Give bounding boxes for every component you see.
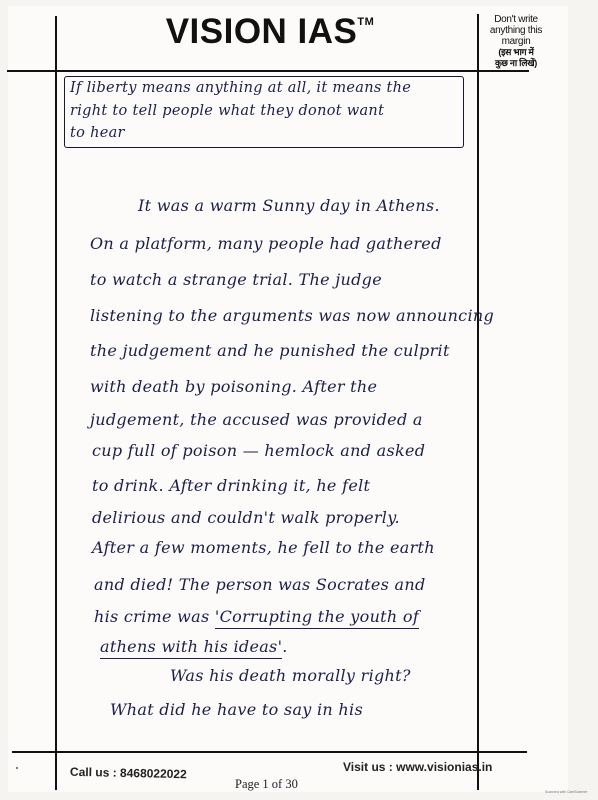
essay-line: cup full of poison — hemlock and asked <box>92 441 425 460</box>
essay-line: listening to the arguments was now annou… <box>90 306 494 325</box>
essay-line-crime: his crime was 'Corrupting the youth of <box>94 607 419 626</box>
margin-note-line: Don't write <box>480 14 552 25</box>
brand-name: VISION IAS <box>166 12 358 51</box>
underlined-phrase: athens with his ideas' <box>100 637 282 659</box>
crime-prefix: his crime was <box>94 607 215 626</box>
quote-line: right to tell people what they donot wan… <box>70 103 384 119</box>
question-line: Was his death morally right? <box>170 666 411 685</box>
margin-note-hindi: (इस भाग में <box>480 47 552 58</box>
essay-line: with death by poisoning. After the <box>90 377 377 396</box>
essay-line: the judgement and he punished the culpri… <box>90 341 450 360</box>
quote-line: to hear <box>70 125 125 141</box>
essay-line: to watch a strange trial. The judge <box>90 270 382 289</box>
essay-line: judgement, the accused was provided a <box>90 410 423 429</box>
essay-line-crime-cont: athens with his ideas'. <box>100 637 288 656</box>
scanner-watermark: Scanned with CamScanner <box>545 790 587 794</box>
trademark: TM <box>357 16 374 28</box>
brand-logo: VISION IASTM <box>120 12 420 52</box>
essay-line: On a platform, many people had gathered <box>90 234 442 253</box>
page-number: Page 1 of 30 <box>235 777 298 792</box>
essay-line: to drink. After drinking it, he felt <box>92 476 370 495</box>
margin-note-hindi: कुछ ना लिखें) <box>480 58 552 69</box>
margin-note-line: margin <box>480 36 552 47</box>
crime-suffix: . <box>282 637 287 656</box>
essay-line: It was a warm Sunny day in Athens. <box>138 196 440 215</box>
essay-line: After a few moments, he fell to the eart… <box>92 538 435 557</box>
footer-website: Visit us : www.visionias.in <box>343 760 492 774</box>
essay-line: and died! The person was Socrates and <box>94 575 426 594</box>
footer-phone: Call us : 8468022022 <box>70 765 187 781</box>
header-divider <box>7 70 529 72</box>
quote-line: If liberty means anything at all, it mea… <box>70 80 411 96</box>
underlined-phrase: 'Corrupting the youth of <box>215 607 419 629</box>
left-margin-line <box>55 16 57 790</box>
margin-instruction: Don't write anything this margin (इस भाग… <box>480 14 552 69</box>
essay-line: delirious and couldn't walk properly. <box>92 508 400 527</box>
scan-speck <box>16 767 18 769</box>
footer-divider <box>12 751 527 753</box>
question-line: What did he have to say in his <box>110 700 363 719</box>
right-margin-line <box>477 14 479 790</box>
margin-note-line: anything this <box>480 25 552 36</box>
